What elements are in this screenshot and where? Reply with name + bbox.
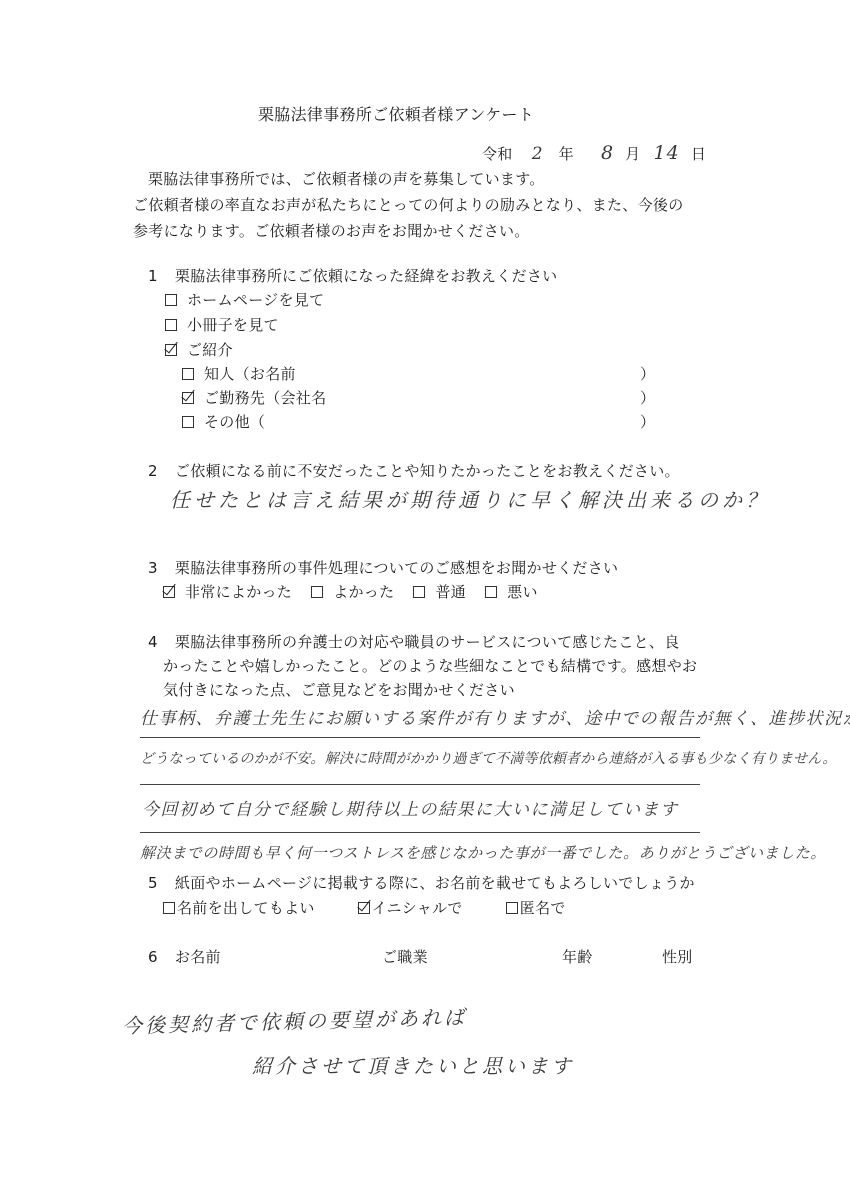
option-label: よかった bbox=[333, 583, 394, 601]
option-label: 非常によかった bbox=[185, 583, 292, 601]
intro-line-3: 参考になります。ご依頼者様のお声をお聞かせください。 bbox=[133, 220, 530, 241]
q6-age-label: 年齢 bbox=[562, 946, 593, 967]
q4-heading-line-3: 気付きになった点、ご意見などをお聞かせください bbox=[163, 679, 515, 700]
date-month-unit: 月 bbox=[625, 145, 640, 163]
q2-number: 2 bbox=[148, 462, 158, 480]
option-label: 匿名で bbox=[520, 899, 566, 917]
q3-option-bad[interactable]: 悪い bbox=[485, 583, 538, 601]
close-paren: ） bbox=[640, 387, 655, 408]
checkbox-unchecked-icon[interactable] bbox=[165, 319, 177, 331]
option-label: ご勤務先（会社名 bbox=[204, 389, 326, 407]
date-month-value[interactable]: 8 bbox=[601, 142, 614, 164]
date-era: 令和 bbox=[482, 145, 513, 163]
q5-option-initials[interactable]: イニシャルで bbox=[358, 899, 463, 917]
q1-suboption-acquaintance[interactable]: 知人（お名前 bbox=[182, 363, 296, 384]
q5-options: 名前を出してもよい イニシャルで 匿名で bbox=[163, 897, 566, 918]
option-label: イニシャルで bbox=[372, 899, 463, 917]
q5-option-anonymous[interactable]: 匿名で bbox=[506, 899, 566, 917]
checkbox-checked-icon[interactable] bbox=[163, 586, 175, 598]
checkbox-unchecked-icon[interactable] bbox=[182, 416, 194, 428]
document-title: 栗脇法律事務所ご依頼者様アンケート bbox=[258, 102, 534, 125]
close-paren: ） bbox=[640, 363, 655, 384]
freeform-note-line-2[interactable]: 紹介させて頂きたいと思います bbox=[252, 1050, 574, 1079]
q6-name-label: お名前 bbox=[175, 948, 221, 966]
q3-option-average[interactable]: 普通 bbox=[413, 583, 466, 601]
checkbox-checked-icon[interactable] bbox=[182, 392, 194, 404]
q3-option-very-good[interactable]: 非常によかった bbox=[163, 583, 292, 601]
q3-heading: 3 栗脇法律事務所の事件処理についてのご感想をお聞かせください bbox=[148, 557, 618, 578]
answer-underline bbox=[140, 737, 700, 738]
q5-heading: 5 紙面やホームページに掲載する際に、お名前を載せてもよろしいでしょうか bbox=[148, 872, 695, 893]
option-label: 名前を出してもよい bbox=[177, 899, 315, 917]
checkbox-checked-icon[interactable] bbox=[165, 344, 177, 356]
checkbox-unchecked-icon[interactable] bbox=[506, 902, 518, 914]
option-label: 小冊子を見て bbox=[187, 316, 279, 334]
q1-option-homepage[interactable]: ホームページを見て bbox=[165, 289, 324, 310]
freeform-note-line-1[interactable]: 今後契約者で依頼の要望があれば bbox=[122, 1001, 468, 1039]
option-label: 悪い bbox=[507, 583, 538, 601]
q5-text: 紙面やホームページに掲載する際に、お名前を載せてもよろしいでしょうか bbox=[175, 874, 695, 892]
checkbox-unchecked-icon[interactable] bbox=[311, 586, 323, 598]
q1-number: 1 bbox=[148, 267, 158, 285]
checkbox-checked-icon[interactable] bbox=[358, 902, 370, 914]
q4-answer-line-3[interactable]: 今回初めて自分で経験し期待以上の結果に大いに満足しています bbox=[142, 795, 679, 820]
q1-heading: 1 栗脇法律事務所にご依頼になった経緯をお教えください bbox=[148, 265, 557, 286]
option-label: ホームページを見て bbox=[187, 291, 324, 309]
checkbox-unchecked-icon[interactable] bbox=[485, 586, 497, 598]
answer-underline bbox=[140, 784, 700, 785]
date-day-value[interactable]: 14 bbox=[654, 142, 680, 164]
intro-line-2: ご依頼者様の率直なお声が私たちにとっての何よりの励みとなり、また、今後の bbox=[133, 194, 684, 215]
q4-text-1: 栗脇法律事務所の弁護士の対応や職員のサービスについて感じたこと、良 bbox=[175, 633, 680, 651]
q3-option-good[interactable]: よかった bbox=[311, 583, 394, 601]
q1-suboption-workplace[interactable]: ご勤務先（会社名 bbox=[182, 387, 326, 408]
q4-answer-line-2[interactable]: どうなっているのかが不安。解決に時間がかかり過ぎて不満等依頼者から連絡が入る事も… bbox=[140, 748, 837, 768]
q6-heading: 6 お名前 bbox=[148, 946, 221, 967]
close-paren: ） bbox=[640, 411, 655, 432]
q4-answer-line-4[interactable]: 解決までの時間も早く何一つストレスを感じなかった事が一番でした。ありがとうござい… bbox=[140, 842, 826, 863]
q1-suboption-other[interactable]: その他（ bbox=[182, 411, 265, 432]
q2-text: ご依頼になる前に不安だったことや知りたかったことをお教えください。 bbox=[175, 462, 680, 480]
q6-gender-label: 性別 bbox=[662, 946, 693, 967]
q1-option-booklet[interactable]: 小冊子を見て bbox=[165, 314, 279, 335]
q4-answer-line-1[interactable]: 仕事柄、弁護士先生にお願いする案件が有りますが、途中での報告が無く、進捗状況が bbox=[140, 704, 850, 729]
option-label: 普通 bbox=[435, 583, 466, 601]
intro-line-1: 栗脇法律事務所では、ご依頼者様の声を募集しています。 bbox=[148, 168, 545, 189]
q4-heading-line-2: かったことや嬉しかったこと。どのような些細なことでも結構です。感想やお bbox=[163, 655, 697, 676]
checkbox-unchecked-icon[interactable] bbox=[165, 294, 177, 306]
date-line: 令和 2 年 8 月 14 日 bbox=[482, 142, 706, 164]
q5-option-full-name[interactable]: 名前を出してもよい bbox=[163, 899, 315, 917]
checkbox-unchecked-icon[interactable] bbox=[413, 586, 425, 598]
option-label: ご紹介 bbox=[187, 341, 233, 359]
answer-underline bbox=[140, 832, 700, 833]
checkbox-unchecked-icon[interactable] bbox=[163, 902, 175, 914]
q3-text: 栗脇法律事務所の事件処理についてのご感想をお聞かせください bbox=[175, 559, 618, 577]
date-year-unit: 年 bbox=[559, 145, 574, 163]
date-year-value[interactable]: 2 bbox=[532, 144, 544, 164]
q3-number: 3 bbox=[148, 559, 158, 577]
q6-occupation-label: ご職業 bbox=[382, 946, 428, 967]
q5-number: 5 bbox=[148, 874, 158, 892]
date-day-unit: 日 bbox=[691, 145, 706, 163]
option-label: 知人（お名前 bbox=[204, 365, 296, 383]
q1-option-referral[interactable]: ご紹介 bbox=[165, 339, 233, 360]
option-label: その他（ bbox=[204, 413, 265, 431]
checkbox-unchecked-icon[interactable] bbox=[182, 368, 194, 380]
q4-heading-line-1: 4 栗脇法律事務所の弁護士の対応や職員のサービスについて感じたこと、良 bbox=[148, 631, 680, 652]
q6-number: 6 bbox=[148, 948, 158, 966]
q4-number: 4 bbox=[148, 633, 158, 651]
q3-options: 非常によかった よかった 普通 悪い bbox=[163, 581, 538, 602]
q2-answer[interactable]: 任せたとは言え結果が期待通りに早く解決出来るのか？ bbox=[170, 484, 770, 513]
q1-text: 栗脇法律事務所にご依頼になった経緯をお教えください bbox=[175, 267, 558, 285]
q2-heading: 2 ご依頼になる前に不安だったことや知りたかったことをお教えください。 bbox=[148, 460, 680, 481]
